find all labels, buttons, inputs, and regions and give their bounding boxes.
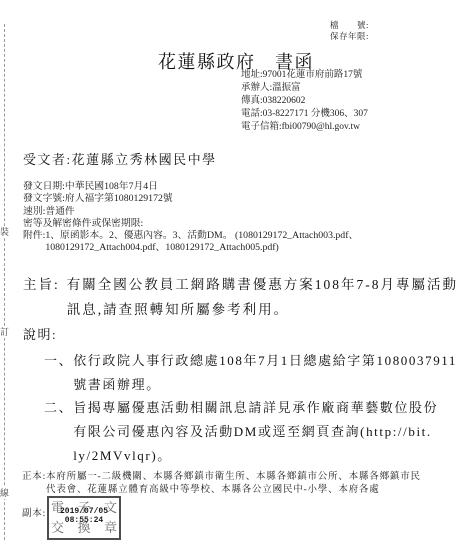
item-1-number: 一、 — [44, 349, 73, 397]
original-copy-line-1: 本府所屬一-二級機關、本縣各鄉鎮市衛生所、本縣各鄉鎮市公所、本縣各鄉鎮市民 — [46, 471, 421, 484]
item-2-line-2: 有限公司優惠內容及活動DM或逕至網頁查詢(http://bit. — [73, 420, 438, 444]
item-2-line-3: ly/2MVvlqr)。 — [73, 444, 438, 468]
item-1-line-2: 號書函辦理。 — [73, 373, 457, 397]
security-class: 密等及解密條件或保密期限: — [23, 218, 358, 230]
attachment-content: 1、原函影本。2、優惠內容。3、活動DM。 (1080129172_Attach… — [45, 230, 358, 255]
retention-label: 保存年限: — [330, 31, 369, 42]
subject-line-1: 有關全國公教員工網路購書優惠方案108年7-8月專屬活動 — [67, 272, 458, 297]
doc-number: 發文字號:府人福字第1080129172號 — [23, 193, 358, 205]
description-label: 說明: — [23, 324, 57, 343]
contact-block: 地址:97001花蓮市府前路17號 承辦人:溫振富 傳真:038220602 電… — [241, 69, 368, 134]
cc-copy-label: 副本: — [22, 505, 46, 519]
subject-label: 主旨: — [23, 272, 60, 322]
binding-mark-xian: 線 — [0, 487, 9, 499]
file-header: 檔 號: 保存年限: — [330, 20, 369, 41]
issue-date: 發文日期:中華民國108年7月4日 — [23, 181, 358, 193]
attachment-row: 附件: 1、原函影本。2、優惠內容。3、活動DM。 (1080129172_At… — [23, 230, 358, 255]
stamp-time: 08:55:24 — [49, 516, 119, 525]
stamp-date: 2019/07/05 — [49, 507, 119, 516]
subject-block: 主旨: 有關全國公教員工網路購書優惠方案108年7-8月專屬活動 訊息,請查照轉… — [23, 272, 458, 322]
original-copy-label: 正本: — [22, 471, 46, 497]
contact-phone: 電話:03-8227171 分機306、307 — [241, 108, 368, 121]
item-1-line-1: 依行政院人事行政總處108年7月1日總處給字第1080037911 — [73, 349, 457, 373]
contact-email: 電子信箱:fbi00790@hl.gov.tw — [241, 121, 368, 134]
description-item-1: 一、 依行政院人事行政總處108年7月1日總處給字第1080037911 號書函… — [44, 349, 457, 397]
item-2-number: 二、 — [44, 396, 73, 468]
recipient-line: 受文者:花蓮縣立秀林國民中學 — [23, 149, 217, 168]
speed-class: 速別:普通件 — [23, 206, 358, 218]
binding-mark-zhuang: 裝 — [0, 226, 9, 238]
description-item-2: 二、 旨揭專屬優惠活動相關訊息請詳見承作廠商華藝數位股份 有限公司優惠內容及活動… — [44, 396, 438, 468]
contact-address: 地址:97001花蓮市府前路17號 — [241, 69, 368, 82]
file-number-label: 檔 號: — [330, 20, 369, 31]
subject-content: 有關全國公教員工網路購書優惠方案108年7-8月專屬活動 訊息,請查照轉知所屬參… — [67, 272, 458, 322]
item-2-line-1: 旨揭專屬優惠活動相關訊息請詳見承作廠商華藝數位股份 — [73, 396, 438, 420]
attachment-line-1: 1、原函影本。2、優惠內容。3、活動DM。 (1080129172_Attach… — [45, 230, 358, 242]
subject-line-2: 訊息,請查照轉知所屬參考利用。 — [67, 297, 458, 322]
meta-block: 發文日期:中華民國108年7月4日 發文字號:府人福字第1080129172號 … — [23, 181, 358, 255]
official-letter-page: 裝 訂 線 檔 號: 保存年限: 花蓮縣政府 書函 地址:97001花蓮市府前路… — [0, 0, 472, 544]
contact-person: 承辦人:溫振富 — [241, 82, 368, 95]
original-copy-content: 本府所屬一-二級機關、本縣各鄉鎮市衛生所、本縣各鄉鎮市公所、本縣各鄉鎮市民 代表… — [46, 471, 421, 497]
binding-dashed-line — [4, 24, 5, 540]
doc-title: 花蓮縣政府 書函 — [0, 48, 472, 74]
electronic-exchange-stamp: 電 子 文 交 換 章 2019/07/05 08:55:24 — [47, 496, 121, 540]
item-2-content: 旨揭專屬優惠活動相關訊息請詳見承作廠商華藝數位股份 有限公司優惠內容及活動DM或… — [73, 396, 438, 468]
attachment-label: 附件: — [23, 230, 45, 242]
original-copy-block: 正本: 本府所屬一-二級機關、本縣各鄉鎮市衛生所、本縣各鄉鎮市公所、本縣各鄉鎮市… — [22, 471, 421, 497]
attachment-line-2: 1080129172_Attach004.pdf、1080129172_Atta… — [45, 242, 358, 254]
binding-mark-ding: 訂 — [0, 326, 9, 338]
contact-fax: 傳真:038220602 — [241, 95, 368, 108]
stamp-datetime: 2019/07/05 08:55:24 — [49, 507, 119, 525]
item-1-content: 依行政院人事行政總處108年7月1日總處給字第1080037911 號書函辦理。 — [73, 349, 457, 397]
